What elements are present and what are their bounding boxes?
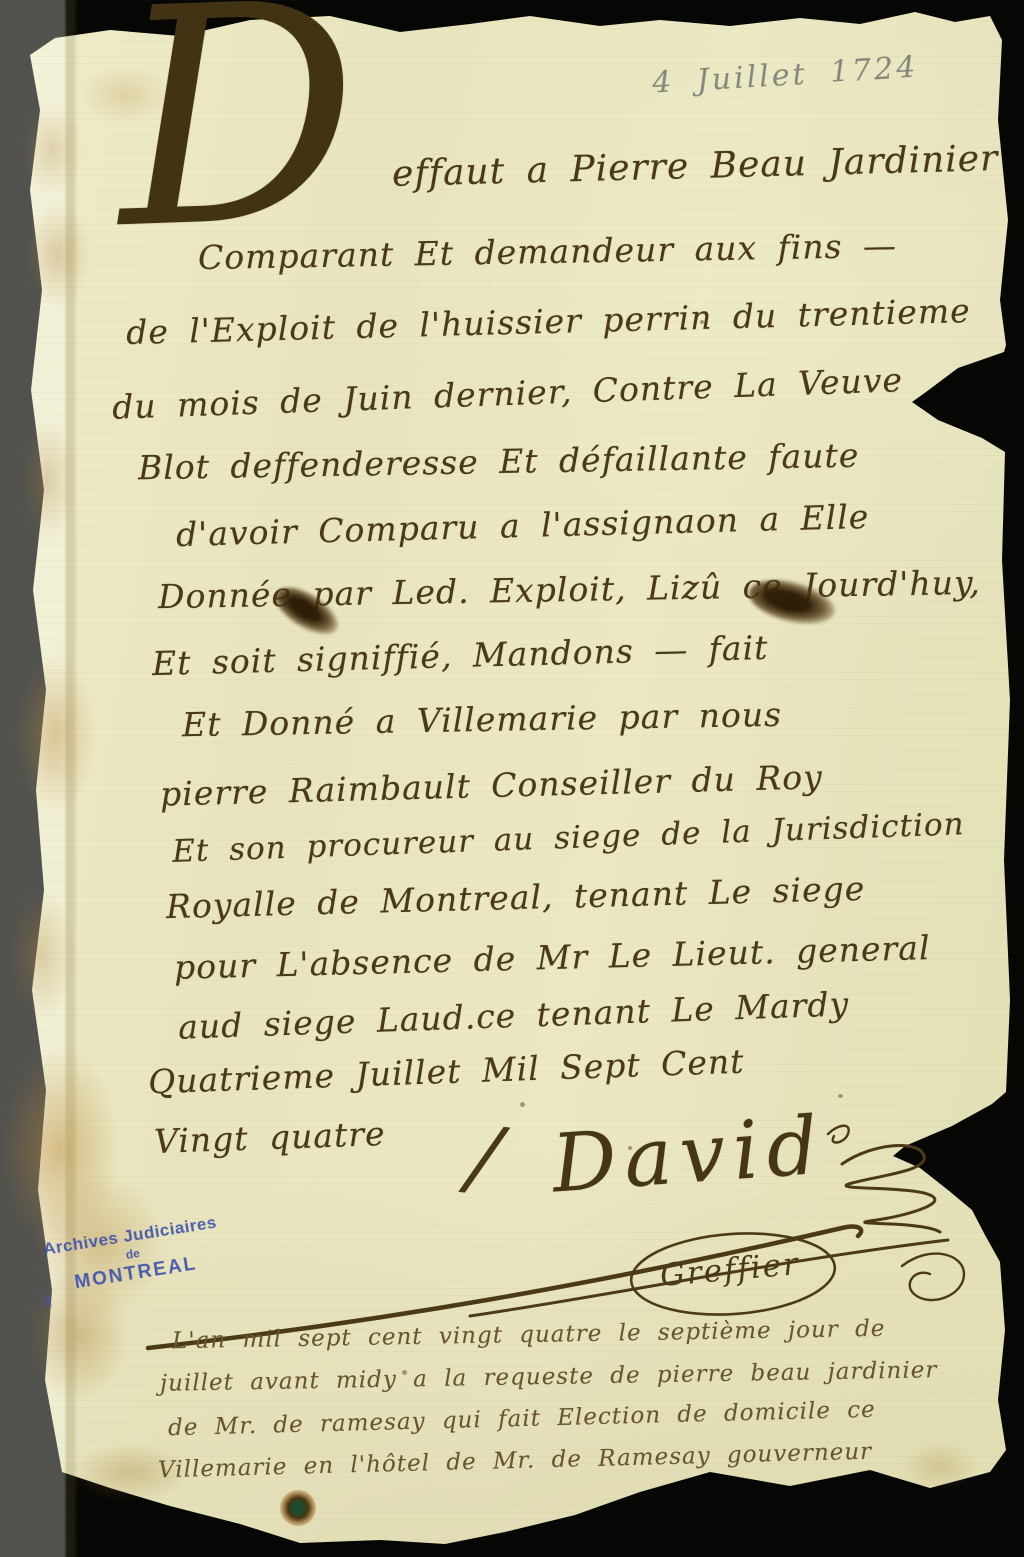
paper-hole — [280, 1490, 316, 1526]
ink-speck — [700, 320, 704, 324]
signature-david: David — [549, 1099, 829, 1211]
scanned-manuscript: 4 Juillet 1724 D effaut a Pierre Beau Ja… — [0, 0, 1024, 1557]
ink-speck — [402, 1370, 407, 1375]
manuscript-line: Vingt quatre — [153, 1114, 386, 1161]
ink-speck — [838, 1094, 843, 1098]
ink-speck — [628, 1146, 632, 1150]
ink-speck — [520, 1102, 525, 1107]
